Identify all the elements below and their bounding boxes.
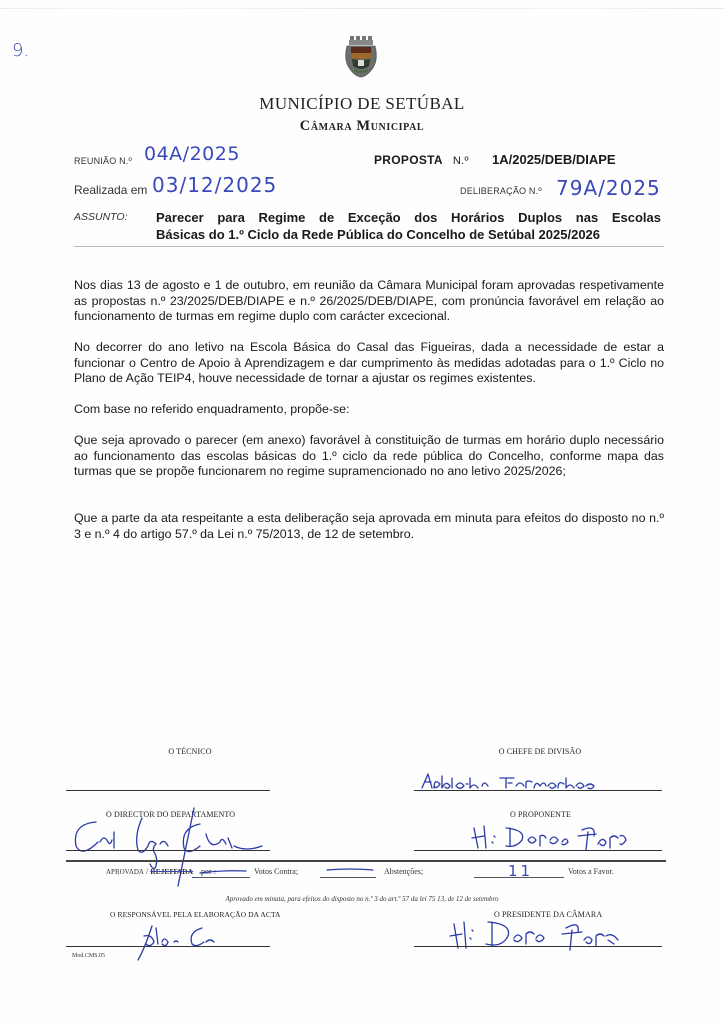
chefe-signature-line	[414, 790, 662, 791]
body-paragraph-3: Com base no referido enquadramento, prop…	[74, 402, 664, 418]
chefe-divisao-label: O Chefe de Divisão	[470, 747, 610, 756]
votos-contra-field	[192, 877, 250, 878]
abstencoes-dash	[325, 866, 375, 874]
realizada-label: Realizada em	[74, 183, 147, 197]
minuta-approval-note: Aprovado em minuta, para efeitos do disp…	[0, 895, 724, 903]
votos-contra-label: Votos Contra;	[254, 867, 298, 876]
votos-contra-dash	[198, 868, 248, 876]
votos-favor-label: Votos a Favor.	[568, 867, 614, 876]
proposta-word: PROPOSTA	[374, 153, 443, 167]
proponente-signature-line	[414, 850, 662, 851]
rejeitada-option-struck: Rejeitada	[150, 867, 193, 876]
council-name: Câmara Municipal	[0, 118, 724, 135]
separator: /	[146, 867, 148, 876]
header-divider	[74, 246, 664, 247]
deliberacao-label: Deliberação N.º	[460, 186, 542, 196]
aprovada-option: Aprovada	[106, 868, 144, 876]
reuniao-value: 04A/2025	[144, 143, 240, 165]
municipal-coat-of-arms-icon	[344, 36, 378, 78]
paragraph-text: Nos dias 13 de agosto e 1 de outubro, em…	[74, 278, 664, 325]
proponente-label: O Proponente	[510, 810, 571, 819]
votos-favor-value: 11	[508, 862, 533, 880]
responsavel-acta-label: O Responsável pela elaboração da acta	[110, 910, 281, 919]
tecnico-label: O Técnico	[140, 747, 240, 756]
document-page: 9. MUNICÍPIO DE SETÚBAL Câmara Municipal…	[0, 0, 724, 1024]
subject-line-2: Básicas do 1.º Ciclo da Rede Pública do …	[156, 226, 661, 243]
paragraph-text: No decorrer do ano letivo na Escola Bási…	[74, 340, 664, 387]
proponente-signature	[470, 822, 630, 852]
tecnico-signature-line	[66, 790, 270, 791]
paragraph-text: Que a parte da ata respeitante a esta de…	[74, 511, 664, 542]
abstencoes-field	[320, 877, 376, 878]
paragraph-text: Que seja aprovado o parecer (em anexo) f…	[74, 433, 664, 480]
municipality-name: MUNICÍPIO DE SETÚBAL	[0, 94, 724, 114]
proposta-n-label: N.º	[453, 155, 469, 167]
proposta-label: PROPOSTAN.º	[374, 153, 469, 167]
assunto-label: ASSUNTO:	[74, 211, 127, 223]
scan-edge	[0, 8, 724, 9]
realizada-date: 03/12/2025	[152, 173, 277, 197]
subject-line-1: Parecer para Regime de Exceção dos Horár…	[156, 210, 661, 225]
director-signature-line	[66, 850, 270, 851]
proposta-number: 1A/2025/DEB/DIAPE	[492, 152, 616, 167]
deliberacao-value: 79A/2025	[556, 176, 661, 200]
body-paragraph-1: Nos dias 13 de agosto e 1 de outubro, em…	[74, 278, 664, 325]
responsavel-signature	[130, 920, 220, 960]
responsavel-signature-line	[66, 946, 270, 947]
reuniao-label: Reunião n.º	[74, 156, 132, 166]
body-paragraph-5: Que a parte da ata respeitante a esta de…	[74, 511, 664, 542]
subject: Parecer para Regime de Exceção dos Horár…	[156, 209, 661, 243]
handwritten-page-number: 9.	[12, 40, 29, 61]
presidente-signature-line	[414, 946, 662, 947]
body-paragraph-4: Que seja aprovado o parecer (em anexo) f…	[74, 433, 664, 480]
body-paragraph-2: No decorrer do ano letivo na Escola Bási…	[74, 340, 664, 387]
chefe-signature	[420, 772, 620, 792]
abstencoes-label: Abstenções;	[384, 867, 423, 876]
form-code: Mod.CMS.05	[72, 953, 105, 959]
paragraph-text: Com base no referido enquadramento, prop…	[74, 402, 664, 418]
votes-divider	[66, 860, 666, 862]
